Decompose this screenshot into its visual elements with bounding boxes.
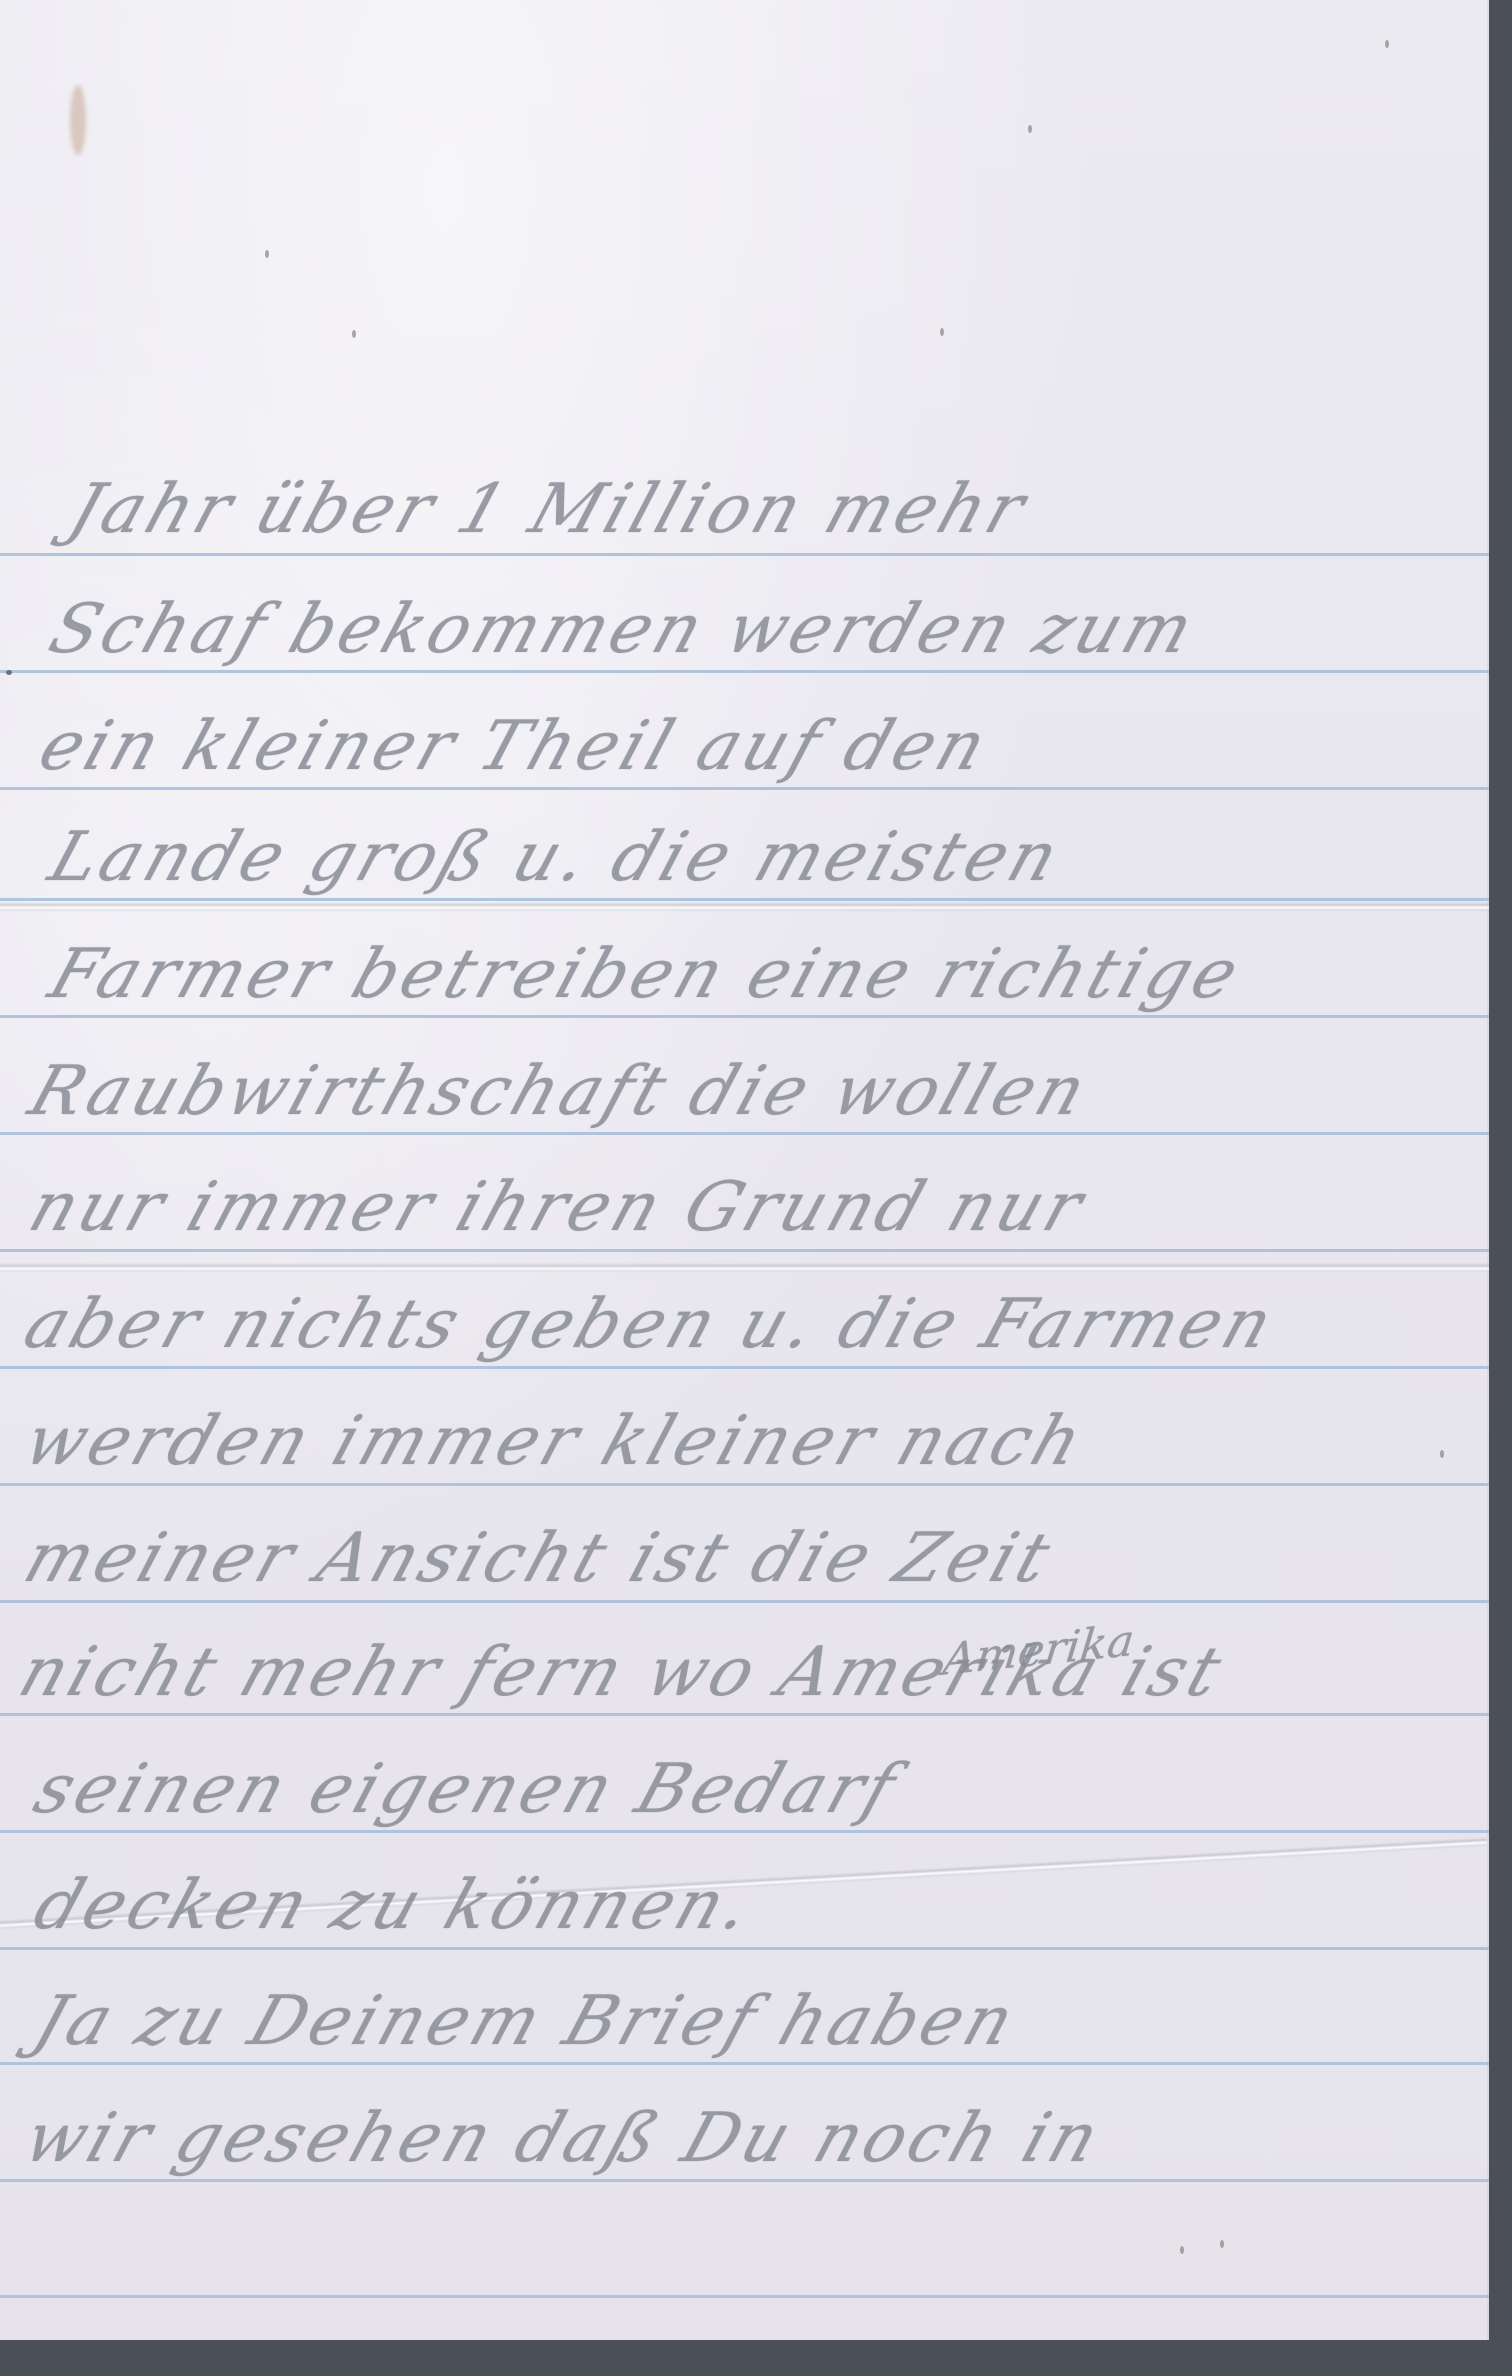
handwritten-line-1: Jahr über 1 Million mehr (60, 470, 1038, 549)
margin-mark (6, 670, 12, 675)
handwritten-line-9: werden immer kleiner nach (15, 1402, 1095, 1481)
rule-line (0, 1366, 1489, 1369)
handwritten-line-15: wir gesehen daß Du noch in (15, 2099, 1112, 2178)
letter-page: Jahr über 1 Million mehr Schaf bekommen … (0, 0, 1489, 2340)
rule-line (0, 2295, 1489, 2298)
paper-speck (352, 330, 356, 338)
handwritten-line-4: Lande groß u. die meisten (40, 818, 1071, 897)
paper-speck (1220, 2240, 1224, 2248)
rule-line (0, 1483, 1489, 1486)
paper-speck (1180, 2246, 1184, 2254)
fold-crease (0, 1263, 1489, 1273)
paper-speck (940, 328, 944, 336)
handwritten-line-5: Farmer betreiben eine richtige (40, 935, 1252, 1014)
paper-speck (1440, 1450, 1444, 1458)
rule-line (0, 1947, 1489, 1950)
handwritten-line-14: Ja zu Deinem Brief haben (25, 1982, 1027, 2061)
rule-line (0, 2179, 1489, 2182)
rule-line (0, 1249, 1489, 1252)
rule-line (0, 1600, 1489, 1603)
paper-speck (1028, 125, 1032, 133)
rule-line (0, 787, 1489, 790)
rule-line (0, 1713, 1489, 1716)
handwritten-line-7: nur immer ihren Grund nur (20, 1168, 1096, 1247)
handwritten-line-8: aber nichts geben u. die Farmen (15, 1285, 1286, 1364)
paper-speck (265, 250, 269, 258)
rule-line (0, 553, 1489, 556)
handwritten-line-10: meiner Ansicht ist die Zeit (15, 1519, 1063, 1598)
handwritten-line-12: seinen eigenen Bedarf (25, 1750, 908, 1829)
rule-line (0, 1132, 1489, 1135)
handwritten-line-13: decken zu können. (25, 1866, 764, 1945)
paper-stain (70, 85, 86, 155)
rule-line (0, 1015, 1489, 1018)
handwritten-line-6: Raubwirthschaft die wollen (20, 1052, 1099, 1131)
handwritten-line-3: ein kleiner Theil auf den (30, 707, 999, 786)
paper-speck (1385, 40, 1389, 48)
rule-line (0, 1830, 1489, 1833)
rule-line (0, 2062, 1489, 2065)
fold-crease (0, 902, 1489, 912)
rule-line (0, 898, 1489, 901)
rule-line (0, 670, 1489, 673)
handwritten-line-2: Schaf bekommen werden zum (40, 590, 1206, 669)
